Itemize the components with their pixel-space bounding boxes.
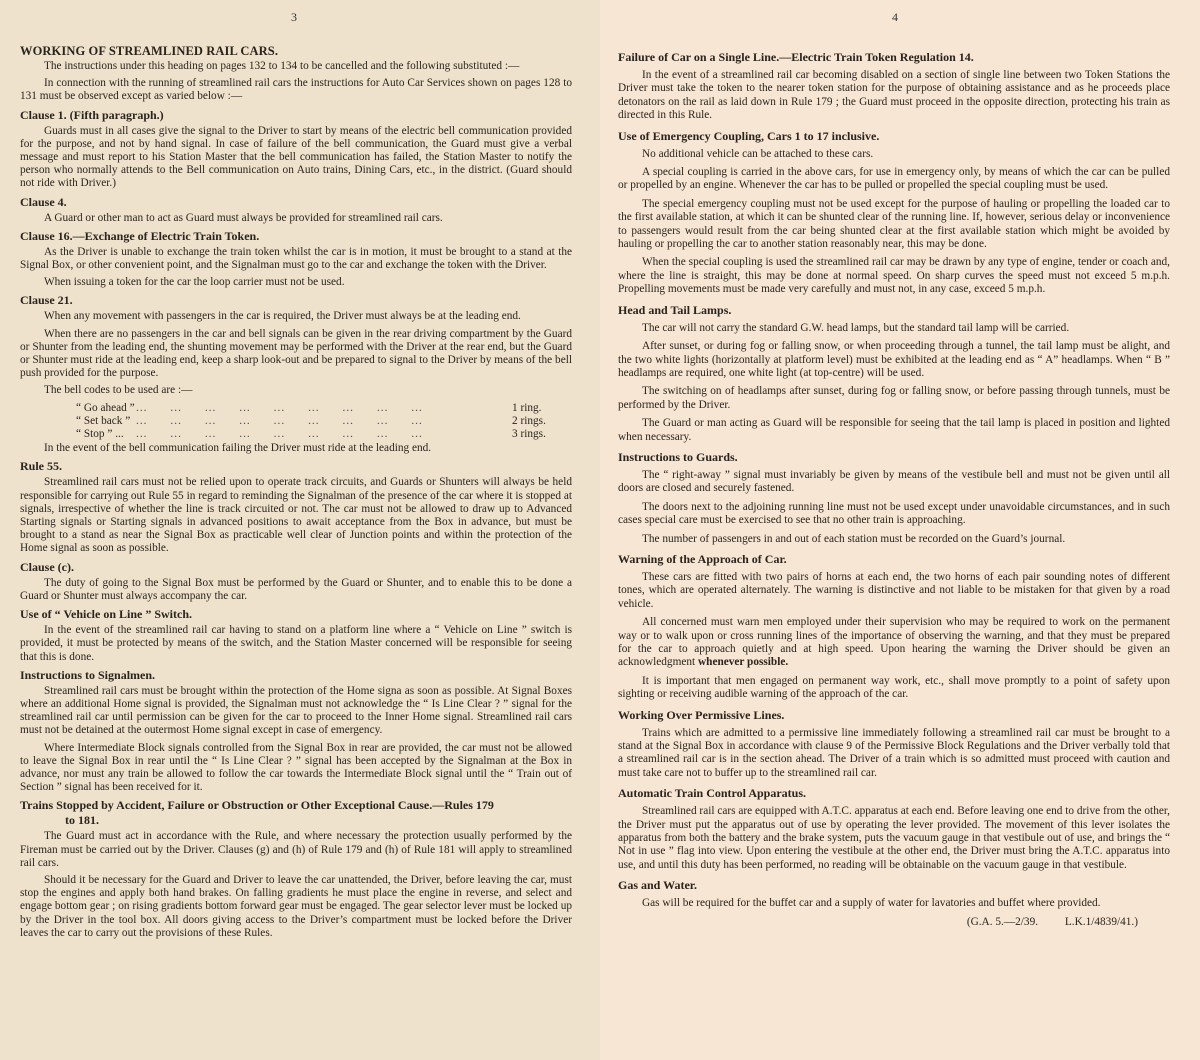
reference-code: (G.A. 5.—2/39. <box>967 916 1038 928</box>
paragraph: The doors next to the adjoining running … <box>618 501 1170 528</box>
section-heading: Use of “ Vehicle on Line ” Switch. <box>20 607 572 622</box>
leader-dots: ... ... ... ... ... ... ... ... ... <box>136 428 508 441</box>
intro-paragraph: The instructions under this heading on p… <box>20 60 572 73</box>
bell-code-row: “ Stop ” ... ... ... ... ... ... ... ...… <box>20 428 572 441</box>
bell-code-row: “ Set back ” ... ... ... ... ... ... ...… <box>20 415 572 428</box>
bell-code-rings: 2 rings. <box>508 415 572 428</box>
paragraph: The car will not carry the standard G.W.… <box>618 322 1170 335</box>
leader-dots: ... ... ... ... ... ... ... ... ... <box>136 415 508 428</box>
document-spread: 3 WORKING OF STREAMLINED RAIL CARS. The … <box>0 0 1200 1060</box>
section-heading: Warning of the Approach of Car. <box>618 552 1170 567</box>
section-heading: Rule 55. <box>20 459 572 474</box>
section-heading: Clause 21. <box>20 293 572 308</box>
page-number: 4 <box>600 10 1190 25</box>
paragraph: A special coupling is carried in the abo… <box>618 166 1170 193</box>
bell-code-rings: 3 rings. <box>508 428 572 441</box>
paragraph: The “ right-away ” signal must invariabl… <box>618 469 1170 496</box>
section-heading-text: Trains Stopped by Accident, Failure or O… <box>20 798 494 812</box>
paragraph: Gas will be required for the buffet car … <box>618 897 1170 910</box>
intro-paragraph: In connection with the running of stream… <box>20 77 572 103</box>
paragraph: Trains which are admitted to a permissiv… <box>618 727 1170 781</box>
section-heading: Instructions to Signalmen. <box>20 668 572 683</box>
paragraph: In the event of the bell communication f… <box>20 442 572 455</box>
paragraph: A Guard or other man to act as Guard mus… <box>20 212 572 225</box>
bell-code-rings: 1 ring. <box>508 402 572 415</box>
section-heading: Automatic Train Control Apparatus. <box>618 786 1170 801</box>
section-heading: Failure of Car on a Single Line.—Electri… <box>618 50 1170 65</box>
section-heading: Gas and Water. <box>618 878 1170 893</box>
emphasis-text: whenever possible. <box>698 656 788 668</box>
paragraph: It is important that men engaged on perm… <box>618 675 1170 702</box>
paragraph: Streamlined rail cars must be brought wi… <box>20 685 572 738</box>
reference-code: L.K.1/4839/41.) <box>1065 916 1138 928</box>
section-heading-continuation: to 181. <box>20 813 572 828</box>
reference-codes: (G.A. 5.—2/39. L.K.1/4839/41.) <box>618 916 1170 928</box>
section-heading: Use of Emergency Coupling, Cars 1 to 17 … <box>618 129 1170 144</box>
bell-code-row: “ Go ahead ” ... ... ... ... ... ... ...… <box>20 402 572 415</box>
paragraph: Streamlined rail cars must not be relied… <box>20 476 572 555</box>
paragraph: Guards must in all cases give the signal… <box>20 125 572 191</box>
section-heading: Instructions to Guards. <box>618 450 1170 465</box>
paragraph: Where Intermediate Block signals control… <box>20 742 572 795</box>
leader-dots: ... ... ... ... ... ... ... ... ... <box>136 402 508 415</box>
paragraph: The switching on of headlamps after suns… <box>618 385 1170 412</box>
paragraph: Should it be necessary for the Guard and… <box>20 874 572 940</box>
page-number: 3 <box>0 10 588 25</box>
page-4: 4 Failure of Car on a Single Line.—Elect… <box>600 0 1200 1060</box>
section-heading: Clause 1. (Fifth paragraph.) <box>20 108 572 123</box>
paragraph: In the event of the streamlined rail car… <box>20 624 572 664</box>
paragraph: After sunset, or during fog or falling s… <box>618 340 1170 380</box>
page-3: 3 WORKING OF STREAMLINED RAIL CARS. The … <box>0 0 600 1060</box>
section-heading: Head and Tail Lamps. <box>618 303 1170 318</box>
paragraph: The bell codes to be used are :— <box>20 384 572 397</box>
paragraph: The special emergency coupling must not … <box>618 198 1170 252</box>
paragraph: The Guard must act in accordance with th… <box>20 830 572 870</box>
paragraph: When there are no passengers in the car … <box>20 328 572 381</box>
paragraph: The number of passengers in and out of e… <box>618 533 1170 546</box>
document-title: WORKING OF STREAMLINED RAIL CARS. <box>20 44 572 59</box>
section-heading: Trains Stopped by Accident, Failure or O… <box>20 798 572 828</box>
paragraph: No additional vehicle can be attached to… <box>618 148 1170 161</box>
section-heading: Clause 4. <box>20 195 572 210</box>
bell-code-signal: “ Stop ” ... <box>76 428 136 441</box>
bell-codes-list: “ Go ahead ” ... ... ... ... ... ... ...… <box>20 402 572 442</box>
paragraph: As the Driver is unable to exchange the … <box>20 246 572 272</box>
paragraph: These cars are fitted with two pairs of … <box>618 571 1170 611</box>
paragraph: When issuing a token for the car the loo… <box>20 276 572 289</box>
paragraph: In the event of a streamlined rail car b… <box>618 69 1170 123</box>
section-heading: Clause (c). <box>20 560 572 575</box>
paragraph: All concerned must warn men employed und… <box>618 616 1170 670</box>
paragraph: The Guard or man acting as Guard will be… <box>618 417 1170 444</box>
paragraph: When the special coupling is used the st… <box>618 256 1170 296</box>
bell-code-signal: “ Go ahead ” <box>76 402 136 415</box>
section-heading: Working Over Permissive Lines. <box>618 708 1170 723</box>
paragraph: Streamlined rail cars are equipped with … <box>618 805 1170 872</box>
bell-code-signal: “ Set back ” <box>76 415 136 428</box>
paragraph: The duty of going to the Signal Box must… <box>20 577 572 603</box>
paragraph: When any movement with passengers in the… <box>20 310 572 323</box>
section-heading: Clause 16.—Exchange of Electric Train To… <box>20 229 572 244</box>
